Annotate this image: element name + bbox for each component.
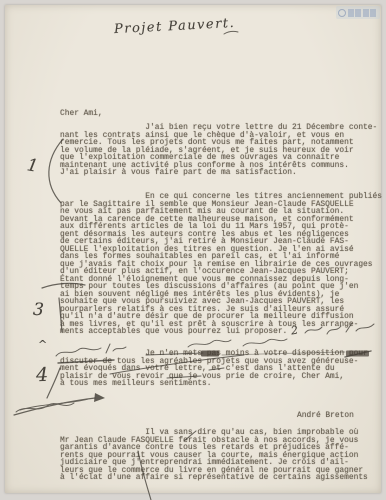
typed-line: à tous mes meilleurs sentiments. (60, 380, 368, 388)
watermark-glyph (355, 9, 361, 17)
watermark-badge (336, 6, 380, 19)
letter-photo: Projet Pauvert. 1 3 ^ 4 2 Cher Ami, J'ai… (0, 0, 386, 500)
signature: André Breton (297, 412, 354, 420)
watermark-circle-icon (338, 9, 346, 17)
typed-line: J'ai plaisir à vous faire part de ma sat… (60, 169, 377, 177)
watermark-glyph (370, 9, 376, 17)
typed-line: à l'éclat d'une affaire si représentativ… (60, 474, 368, 482)
typed-paragraph: En ce qui concerne les titres ancienneme… (60, 193, 382, 336)
typed-paragraph: Je n'en mets pas moins à votre dispositi… (60, 350, 368, 388)
margin-number-3: 3 (32, 300, 44, 321)
salutation: Cher Ami, (60, 110, 103, 118)
margin-caret-mark: ^ (38, 338, 47, 351)
watermark-glyph (363, 9, 369, 17)
watermark-glyph (348, 9, 354, 17)
margin-number-4: 4 (36, 364, 49, 386)
typed-line: ments acceptables que vous pourrez lui p… (60, 328, 382, 336)
typed-paragraph: Il va sans dire qu'au cas, bien improbab… (60, 429, 368, 482)
typed-paragraph: J'ai bien reçu votre lettre du 21 Décemb… (60, 124, 377, 177)
